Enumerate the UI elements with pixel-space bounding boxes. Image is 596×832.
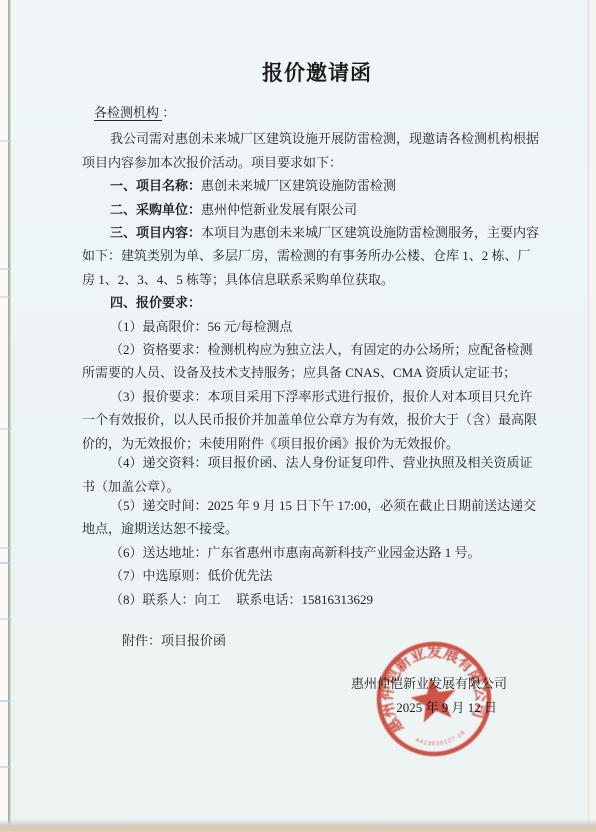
item-text: 惠州仲恺新业发展有限公司 (201, 202, 357, 217)
item-label: 二、采购单位： (110, 202, 201, 217)
item-label: 一、项目名称： (110, 178, 201, 193)
page-edge-line (8, 0, 11, 826)
item-project-name: 一、项目名称：惠创未来城厂区建筑设施防雷检测 (82, 174, 552, 197)
item-quotation-requirements: 四、报价要求： (82, 291, 552, 314)
requirement-7: （7）中选原则：低价优先法 (82, 564, 552, 587)
scan-artifact (0, 766, 9, 768)
requirement-3: （3）报价要求：本项目采用下浮率形式进行报价，报价人对本项目只允许 一个有效报价… (82, 385, 552, 455)
item-project-content: 三、项目内容：本项目为惠创未来城厂区建筑设施防雷检测服务，主要内容 如下：建筑类… (82, 221, 552, 291)
requirement-2: （2）资格要求：检测机构应为独立法人，有固定的办公场所；应配备检测 所需要的人员… (82, 338, 552, 385)
seal-group: 惠州仲恺新业发展有限公司 4413030127-28 (368, 632, 499, 763)
requirement-6: （6）送达地址：广东省惠州市惠南高新科技产业园金达路 1 号。 (82, 541, 552, 564)
scan-artifact (0, 428, 9, 430)
document-title: 报价邀请函 (82, 58, 552, 88)
item-label: 三、项目内容： (110, 225, 201, 240)
contact-phone: 联系电话：15816313629 (237, 592, 374, 607)
requirement-4: （4）递交资料：项目报价函、法人身份证复印件、营业执照及相关资质证 书（加盖公章… (82, 451, 552, 498)
scan-artifact (0, 547, 9, 549)
scanner-background-strip (0, 825, 596, 832)
requirement-8: （8）联系人：向工联系电话：15816313629 (82, 588, 552, 611)
company-seal-stamp: 惠州仲恺新业发展有限公司 4413030127-28 (354, 619, 514, 779)
scanned-document: 报价邀请函 各检测机构 ： 我公司需对惠创未来城厂区建筑设施开展防雷检测，现邀请… (0, 0, 596, 832)
intro-paragraph: 我公司需对惠创未来城厂区建筑设施开展防雷检测，现邀请各检测机构根据 项目内容参加… (82, 127, 552, 174)
scan-artifact (0, 618, 9, 620)
requirement-5: （5）递交时间：2025 年 9 月 15 日下午 17:00，必须在截止日期前… (82, 494, 552, 541)
item-label: 四、报价要求： (110, 295, 201, 310)
requirement-1: （1）最高限价：56 元/每检测点 (82, 315, 552, 338)
salutation-colon: ： (162, 105, 175, 120)
page-right-edge (588, 0, 596, 832)
scan-artifact (0, 140, 9, 142)
scan-artifact (0, 700, 9, 702)
item-text: 惠创未来城厂区建筑设施防雷检测 (201, 178, 396, 193)
scan-artifact (0, 268, 9, 270)
scan-artifact (0, 296, 9, 298)
salutation-text: 各检测机构 (94, 105, 162, 121)
salutation-line: 各检测机构 ： (82, 101, 552, 124)
scan-artifact (0, 562, 9, 564)
contact-person: （8）联系人：向工 (110, 592, 221, 607)
seal-star-icon (408, 673, 460, 724)
item-purchaser: 二、采购单位：惠州仲恺新业发展有限公司 (82, 198, 552, 221)
